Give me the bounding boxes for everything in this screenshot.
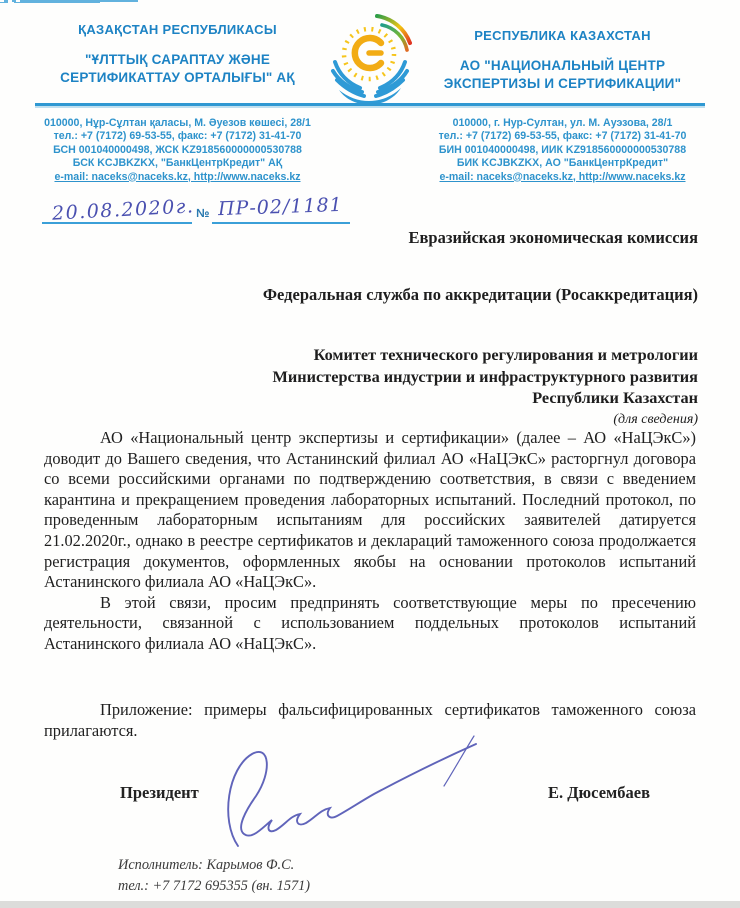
letterhead-russian: РЕСПУБЛИКА КАЗАХСТАН АО "НАЦИОНАЛЬНЫЙ ЦЕ… [420, 12, 705, 107]
executor-block: Исполнитель: Карымов Ф.С. тел.: +7 7172 … [118, 855, 310, 897]
org-name-ru: АО "НАЦИОНАЛЬНЫЙ ЦЕНТР ЭКСПЕРТИЗЫ И СЕРТ… [420, 57, 705, 93]
number-underline [212, 222, 350, 224]
scanned-letter-page: ҚАЗАҚСТАН РЕСПУБЛИКАСЫ "ҰЛТТЫҚ САРАПТАУ … [0, 0, 740, 908]
reply-date-underline [0, 2, 100, 4]
letterhead-kazakh: ҚАЗАҚСТАН РЕСПУБЛИКАСЫ "ҰЛТТЫҚ САРАПТАУ … [35, 12, 320, 107]
email-url-line: e-mail: naceks@naceks.kz, http://www.nac… [420, 171, 705, 184]
address-line: тел.: +7 (7172) 69-53-55, факс: +7 (7172… [420, 130, 705, 143]
address-gap [320, 117, 420, 184]
date-underline [42, 222, 192, 224]
address-line: 010000, г. Нур-Султан, ул. М. Ауэзова, 2… [420, 117, 705, 130]
scan-edge-artifact [0, 901, 740, 908]
number-sign-label: № [196, 206, 209, 220]
address-kazakh: 010000, Нұр-Сұлтан қаласы, М. Әуезов көш… [35, 117, 320, 184]
letterhead-divider [35, 103, 705, 106]
address-block: 010000, Нұр-Сұлтан қаласы, М. Әуезов көш… [35, 117, 705, 184]
letter-body: АО «Национальный центр экспертизы и серт… [44, 428, 696, 655]
address-line: БИК KCJBKZKX, АО "БанкЦентрКредит" [420, 157, 705, 170]
signer-name: Е. Дюсембаев [548, 783, 650, 803]
body-paragraph-2: В этой связи, просим предпринять соответ… [44, 593, 696, 655]
handwritten-outgoing-number: ПР-02/1181 [218, 194, 343, 220]
recipient-eec: Евразийская экономическая комиссия [409, 228, 699, 248]
recipient-rosaccreditation: Федеральная служба по аккредитации (Роса… [263, 285, 698, 305]
address-line: БСК KCJBKZKX, "БанкЦентрКредит" АҚ [35, 157, 320, 170]
handwritten-signature [208, 728, 488, 858]
address-line: БСН 001040000498, ЖСК KZ9185600000005307… [35, 144, 320, 157]
handwritten-date: 20.08.2020г. [52, 195, 195, 224]
address-line: 010000, Нұр-Сұлтан қаласы, М. Әуезов көш… [35, 117, 320, 130]
body-paragraph-1: АО «Национальный центр экспертизы и серт… [44, 428, 696, 593]
address-line: БИН 001040000498, ИИК KZ9185600000005307… [420, 144, 705, 157]
country-name-kk: ҚАЗАҚСТАН РЕСПУБЛИКАСЫ [35, 22, 320, 37]
executor-name: Исполнитель: Карымов Ф.С. [118, 855, 310, 876]
address-line: тел.: +7 (7172) 69-53-55, факс: +7 (7172… [35, 130, 320, 143]
letterhead: ҚАЗАҚСТАН РЕСПУБЛИКАСЫ "ҰЛТТЫҚ САРАПТАУ … [35, 12, 705, 107]
naceks-logo-icon [320, 12, 420, 107]
email-url-line: e-mail: naceks@naceks.kz, http://www.nac… [35, 171, 320, 184]
org-name-kk: "ҰЛТТЫҚ САРАПТАУ ЖӘНЕ СЕРТИФИКАТТАУ ОРТА… [35, 51, 320, 87]
executor-phone: тел.: +7 7172 695355 (вн. 1571) [118, 876, 310, 897]
recipient-committee: Комитет технического регулирования и мет… [273, 344, 698, 430]
country-name-ru: РЕСПУБЛИКА КАЗАХСТАН [420, 28, 705, 43]
address-russian: 010000, г. Нур-Султан, ул. М. Ауэзова, 2… [420, 117, 705, 184]
for-information-note: (для сведения) [273, 411, 698, 430]
signer-title: Президент [120, 783, 199, 803]
